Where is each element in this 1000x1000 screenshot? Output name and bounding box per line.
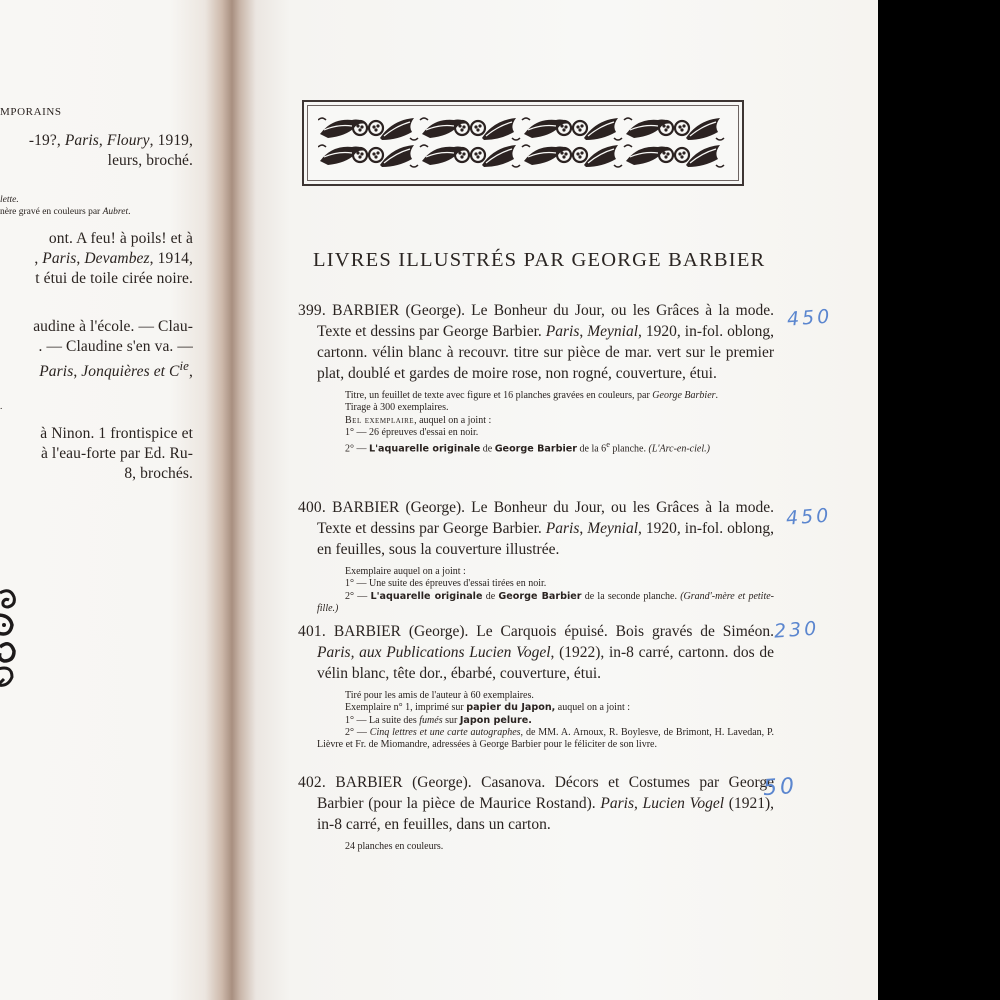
catalog-entry-400: 400. BARBIER (George). Le Bonheur du Jou… [298,497,774,615]
left-page-text-line: ont. A feu! à poils! et à [0,230,193,248]
left-page-text-line: . — Claudine s'en va. — [0,338,193,356]
left-page-text-line: à l'eau-forte par Ed. Ru- [0,445,193,463]
decorative-frame [302,100,744,186]
entry-author: BARBIER [335,774,402,791]
left-page-text-line: audine à l'école. — Clau- [0,318,193,336]
entry-note-line: Tiré pour les amis de l'auteur à 60 exem… [317,690,774,702]
left-page-text-line: Paris, Jonquières et Cie, [0,358,193,381]
entry-note-line: 24 planches en couleurs. [317,841,774,853]
entry-author: BARBIER [332,499,399,516]
entry-note-line: 1° — 26 épreuves d'essai en noir. [317,427,774,439]
left-page-text-line: à Ninon. 1 frontispice et [0,425,193,443]
entry-note-line: 2° — Cinq lettres et une carte autograph… [317,727,774,752]
handwritten-price-400: 450 [785,504,832,529]
entry-note-line: Titre, un feuillet de texte avec figure … [317,390,774,402]
left-page-text-line: , Paris, Devambez, 1914, [0,250,193,268]
entry-note-line: Bel exemplaire, auquel on a joint : [317,415,774,427]
entry-note-line: Exemplaire n° 1, imprimé sur papier du J… [317,702,774,714]
entry-author: BARBIER [334,623,401,640]
entry-number: 399. [298,302,326,319]
left-ornament-icon [0,585,24,695]
entry-description: 401. BARBIER (George). Le Carquois épuis… [298,621,774,684]
entry-note-line: Tirage à 300 exemplaires. [317,402,774,414]
entry-notes: 24 planches en couleurs. [298,841,774,853]
entry-note-line: 1° — Une suite des épreuves d'essai tiré… [317,578,774,590]
catalog-entry-401: 401. BARBIER (George). Le Carquois épuis… [298,621,774,751]
entry-number: 400. [298,499,326,516]
entry-note-line: 2° — L'aquarelle originale de George Bar… [317,439,774,456]
left-page-text-line: -19?, Paris, Floury, 1919, [0,132,193,150]
left-page: MPORAINS -19?, Paris, Floury, 1919,leurs… [0,0,225,1000]
entry-note-line: 1° — La suite des fumés sur Japon pelure… [317,715,774,727]
entry-notes: Exemplaire auquel on a joint :1° — Une s… [298,566,774,615]
left-page-text-line: leurs, broché. [0,152,193,170]
catalog-entry-399: 399. BARBIER (George). Le Bonheur du Jou… [298,300,774,456]
section-title: LIVRES ILLUSTRÉS PAR GEORGE BARBIER [313,249,765,272]
entry-number: 402. [298,774,326,791]
left-page-note-line: nère gravé en couleurs par Aubret. [0,207,131,217]
dark-background [878,0,1000,1000]
left-page-note-line: lette. [0,195,19,205]
left-page-text-line: t étui de toile cirée noire. [0,270,193,288]
catalog-entry-402: 402. BARBIER (George). Casanova. Décors … [298,772,774,853]
entry-author: BARBIER [332,302,399,319]
leaf-scroll-ornament-icon [318,114,728,170]
handwritten-price-402: 50 [762,774,798,801]
entry-notes: Titre, un feuillet de texte avec figure … [298,390,774,456]
entry-description: 400. BARBIER (George). Le Bonheur du Jou… [298,497,774,560]
left-page-text-line: 8, brochés. [0,465,193,483]
left-page-note-line: . [0,402,2,412]
entry-description: 402. BARBIER (George). Casanova. Décors … [298,772,774,835]
entry-description: 399. BARBIER (George). Le Bonheur du Jou… [298,300,774,384]
entry-note-line: 2° — L'aquarelle originale de George Bar… [317,591,774,616]
handwritten-price-401: 230 [773,617,820,642]
left-running-header: MPORAINS [0,106,62,118]
entry-note-line: Exemplaire auquel on a joint : [317,566,774,578]
right-page: LIVRES ILLUSTRÉS PAR GEORGE BARBIER 399.… [240,0,878,1000]
handwritten-price-399: 450 [786,305,833,330]
entry-number: 401. [298,623,326,640]
entry-notes: Tiré pour les amis de l'auteur à 60 exem… [298,690,774,751]
